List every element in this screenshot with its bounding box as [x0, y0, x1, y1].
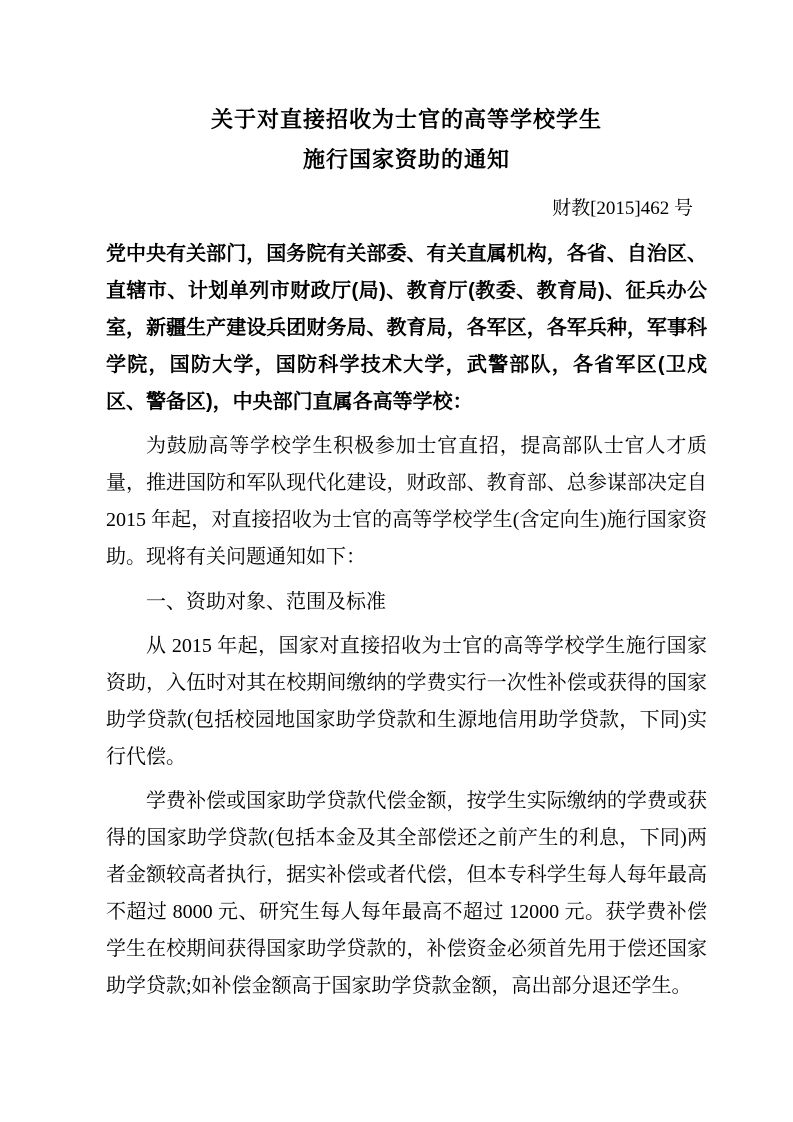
- document-page: 关于对直接招收为士官的高等学校学生 施行国家资助的通知 财教[2015]462 …: [0, 0, 793, 1122]
- section-1-heading: 一、资助对象、范围及标准: [106, 584, 707, 621]
- document-content: 关于对直接招收为士官的高等学校学生 施行国家资助的通知 财教[2015]462 …: [106, 0, 707, 1005]
- title-line-1: 关于对直接招收为士官的高等学校学生: [211, 107, 602, 132]
- section-1-paragraph-1: 从 2015 年起，国家对直接招收为士官的高等学校学生施行国家资助，入伍时对其在…: [106, 628, 707, 776]
- document-title: 关于对直接招收为士官的高等学校学生 施行国家资助的通知: [106, 100, 707, 180]
- recipients-paragraph: 党中央有关部门，国务院有关部委、有关直属机构，各省、自治区、直辖市、计划单列市财…: [106, 236, 707, 421]
- document-number: 财教[2015]462 号: [106, 196, 707, 222]
- intro-paragraph: 为鼓励高等学校学生积极参加士官直招，提高部队士官人才质量，推进国防和军队现代化建…: [106, 428, 707, 576]
- title-line-2: 施行国家资助的通知: [303, 147, 510, 172]
- section-1-paragraph-2: 学费补偿或国家助学贷款代偿金额，按学生实际缴纳的学费或获得的国家助学贷款(包括本…: [106, 783, 707, 1005]
